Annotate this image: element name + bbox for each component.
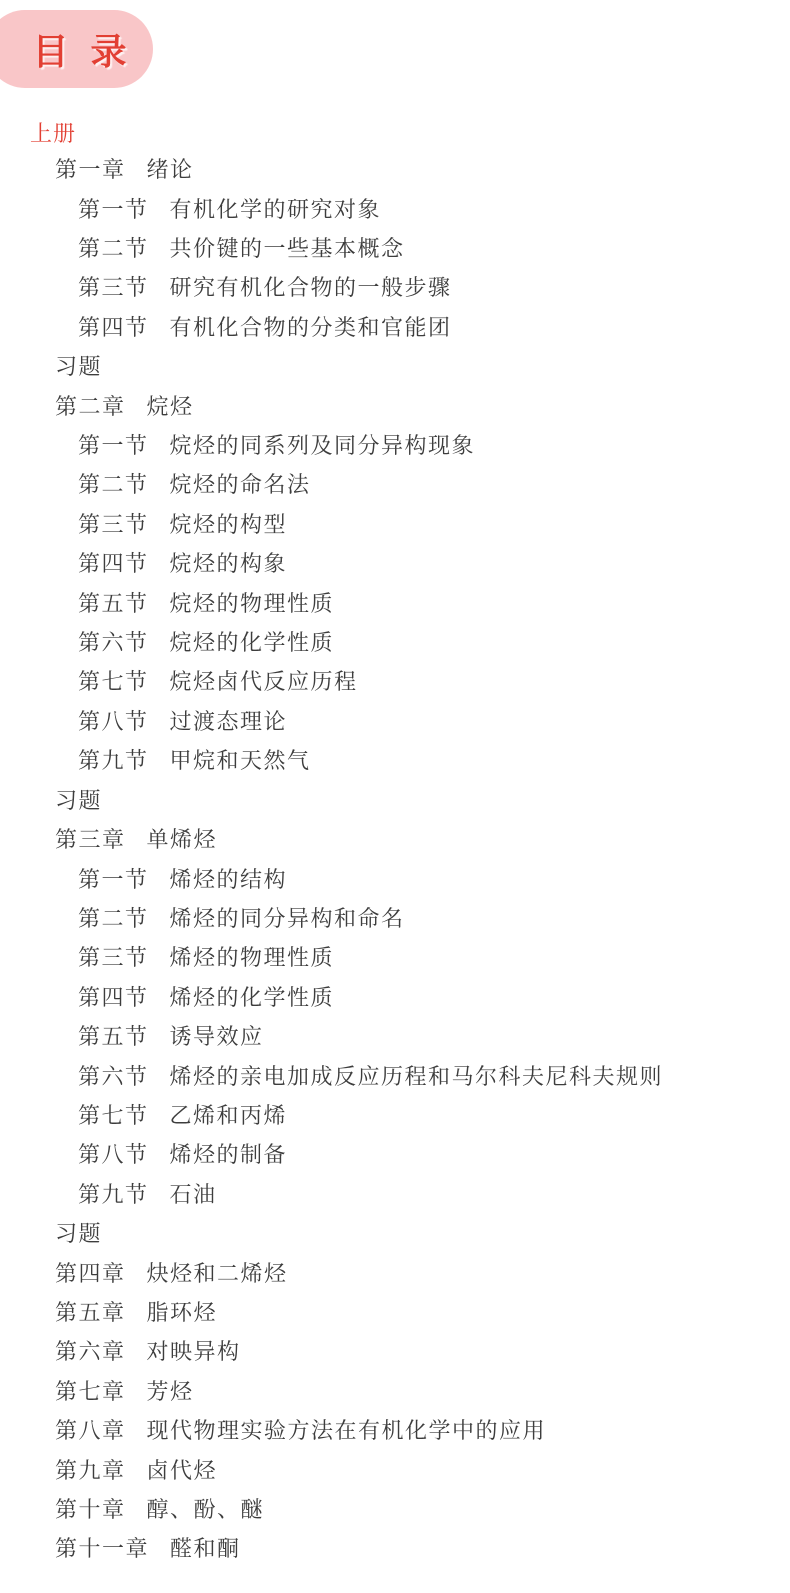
toc-item-title: 乙烯和丙烯 <box>170 1099 288 1130</box>
toc-item-number: 第二节 <box>78 468 149 499</box>
toc-item-title: 过渡态理论 <box>170 705 288 736</box>
toc-header-badge: 目 录 <box>0 10 153 88</box>
toc-item-title: 烷烃的同系列及同分异构现象 <box>170 429 476 460</box>
toc-item-number: 第四节 <box>78 311 149 342</box>
toc-item-title: 烷烃的物理性质 <box>170 587 335 618</box>
toc-item-number: 第十一章 <box>55 1532 149 1563</box>
volume-label: 上册 <box>30 117 76 148</box>
toc-row-section[interactable]: 第五节烷烃的物理性质 <box>0 582 790 621</box>
toc-item-title: 甲烷和天然气 <box>170 744 311 775</box>
toc-item-number: 第三节 <box>78 508 149 539</box>
toc-item-number: 第六节 <box>78 1060 149 1091</box>
toc-item-title: 有机化学的研究对象 <box>170 193 382 224</box>
toc-item-title: 烷烃 <box>147 390 194 421</box>
toc-item-title: 烯烃的物理性质 <box>170 941 335 972</box>
toc-row-section[interactable]: 第三节研究有机化合物的一般步骤 <box>0 267 790 306</box>
toc-row-chapter[interactable]: 第二章烷烃 <box>0 385 790 424</box>
toc-item-number: 第四节 <box>78 981 149 1012</box>
toc-item-title: 醇、酚、醚 <box>147 1493 265 1524</box>
toc-item-number: 第八节 <box>78 1138 149 1169</box>
toc-item-number: 第六节 <box>78 626 149 657</box>
toc-row-section[interactable]: 第四节烯烃的化学性质 <box>0 977 790 1016</box>
toc-item-number: 第七节 <box>78 1099 149 1130</box>
toc-item-number: 习题 <box>55 1217 102 1248</box>
toc-item-number: 第八节 <box>78 705 149 736</box>
toc-item-title: 烷烃卤代反应历程 <box>170 665 358 696</box>
toc-item-number: 第二节 <box>78 232 149 263</box>
toc-item-title: 单烯烃 <box>147 823 218 854</box>
toc-item-title: 烯烃的化学性质 <box>170 981 335 1012</box>
toc-row-exercise[interactable]: 习题 <box>0 346 790 385</box>
toc-row-exercise[interactable]: 习题 <box>0 780 790 819</box>
toc-row-section[interactable]: 第六节烷烃的化学性质 <box>0 622 790 661</box>
toc-item-title: 现代物理实验方法在有机化学中的应用 <box>147 1414 547 1445</box>
toc-item-title: 芳烃 <box>147 1375 194 1406</box>
toc-row-section[interactable]: 第二节共价键的一些基本概念 <box>0 228 790 267</box>
toc-item-title: 共价键的一些基本概念 <box>170 232 405 263</box>
toc-item-title: 有机化合物的分类和官能团 <box>170 311 452 342</box>
toc-row-chapter[interactable]: 第四章炔烃和二烯烃 <box>0 1252 790 1291</box>
toc-item-number: 第三节 <box>78 271 149 302</box>
toc-badge-label: 目 录 <box>32 24 132 75</box>
toc-item-number: 第八章 <box>55 1414 126 1445</box>
toc-row-chapter[interactable]: 第五章脂环烃 <box>0 1292 790 1331</box>
toc-row-chapter[interactable]: 第七章芳烃 <box>0 1371 790 1410</box>
toc-item-title: 烯烃的制备 <box>170 1138 288 1169</box>
toc-item-number: 第四章 <box>55 1257 126 1288</box>
toc-item-number: 第九章 <box>55 1454 126 1485</box>
toc-item-title: 烷烃的构象 <box>170 547 288 578</box>
toc-row-section[interactable]: 第四节烷烃的构象 <box>0 543 790 582</box>
toc-item-number: 第五章 <box>55 1296 126 1327</box>
toc-item-number: 第三章 <box>55 823 126 854</box>
toc-item-title: 烷烃的化学性质 <box>170 626 335 657</box>
toc-item-number: 习题 <box>55 784 102 815</box>
toc-item-title: 烷烃的构型 <box>170 508 288 539</box>
toc-item-number: 第十章 <box>55 1493 126 1524</box>
toc-item-title: 卤代烃 <box>147 1454 218 1485</box>
toc-row-section[interactable]: 第一节烯烃的结构 <box>0 858 790 897</box>
toc-item-number: 第九节 <box>78 744 149 775</box>
toc-row-chapter[interactable]: 第六章对映异构 <box>0 1331 790 1370</box>
toc-row-section[interactable]: 第七节烷烃卤代反应历程 <box>0 661 790 700</box>
toc-item-number: 第一节 <box>78 429 149 460</box>
toc-item-title: 醛和酮 <box>170 1532 241 1563</box>
toc-row-chapter[interactable]: 第八章现代物理实验方法在有机化学中的应用 <box>0 1410 790 1449</box>
toc-item-title: 烯烃的结构 <box>170 863 288 894</box>
toc-item-number: 第一章 <box>55 153 126 184</box>
toc-row-exercise[interactable]: 习题 <box>0 1213 790 1252</box>
toc-item-title: 绪论 <box>147 153 194 184</box>
toc-item-number: 第二节 <box>78 902 149 933</box>
toc-item-number: 第三节 <box>78 941 149 972</box>
toc-row-section[interactable]: 第六节烯烃的亲电加成反应历程和马尔科夫尼科夫规则 <box>0 1055 790 1094</box>
toc-item-number: 第四节 <box>78 547 149 578</box>
toc-row-section[interactable]: 第四节有机化合物的分类和官能团 <box>0 307 790 346</box>
toc-item-title: 烷烃的命名法 <box>170 468 311 499</box>
toc-row-section[interactable]: 第二节烯烃的同分异构和命名 <box>0 898 790 937</box>
toc-item-number: 习题 <box>55 350 102 381</box>
toc-item-title: 烯烃的同分异构和命名 <box>170 902 405 933</box>
toc-item-number: 第七章 <box>55 1375 126 1406</box>
toc-row-section[interactable]: 第一节有机化学的研究对象 <box>0 188 790 227</box>
toc-row-chapter[interactable]: 第九章卤代烃 <box>0 1449 790 1488</box>
toc-row-section[interactable]: 第八节过渡态理论 <box>0 701 790 740</box>
toc-row-section[interactable]: 第三节烷烃的构型 <box>0 504 790 543</box>
toc-item-number: 第七节 <box>78 665 149 696</box>
toc-item-number: 第五节 <box>78 587 149 618</box>
toc-row-section[interactable]: 第九节石油 <box>0 1174 790 1213</box>
toc-row-section[interactable]: 第八节烯烃的制备 <box>0 1134 790 1173</box>
toc-item-title: 诱导效应 <box>170 1020 264 1051</box>
toc-row-chapter[interactable]: 第十章醇、酚、醚 <box>0 1489 790 1528</box>
toc-item-number: 第九节 <box>78 1178 149 1209</box>
toc-row-section[interactable]: 第七节乙烯和丙烯 <box>0 1095 790 1134</box>
toc-row-chapter[interactable]: 第三章单烯烃 <box>0 819 790 858</box>
toc-item-number: 第五节 <box>78 1020 149 1051</box>
toc-item-number: 第六章 <box>55 1335 126 1366</box>
toc-list: 第一章绪论第一节有机化学的研究对象第二节共价键的一些基本概念第三节研究有机化合物… <box>0 149 790 1568</box>
toc-row-section[interactable]: 第二节烷烃的命名法 <box>0 464 790 503</box>
toc-item-number: 第一节 <box>78 193 149 224</box>
toc-item-title: 脂环烃 <box>147 1296 218 1327</box>
toc-item-title: 对映异构 <box>147 1335 241 1366</box>
toc-item-number: 第一节 <box>78 863 149 894</box>
toc-item-title: 烯烃的亲电加成反应历程和马尔科夫尼科夫规则 <box>170 1060 664 1091</box>
toc-row-section[interactable]: 第九节甲烷和天然气 <box>0 740 790 779</box>
toc-item-title: 石油 <box>170 1178 217 1209</box>
toc-row-section[interactable]: 第五节诱导效应 <box>0 1016 790 1055</box>
toc-row-section[interactable]: 第三节烯烃的物理性质 <box>0 937 790 976</box>
toc-item-title: 炔烃和二烯烃 <box>147 1257 288 1288</box>
toc-row-chapter[interactable]: 第一章绪论 <box>0 149 790 188</box>
toc-row-chapter[interactable]: 第十一章醛和酮 <box>0 1528 790 1567</box>
toc-item-title: 研究有机化合物的一般步骤 <box>170 271 452 302</box>
toc-row-section[interactable]: 第一节烷烃的同系列及同分异构现象 <box>0 425 790 464</box>
toc-item-number: 第二章 <box>55 390 126 421</box>
